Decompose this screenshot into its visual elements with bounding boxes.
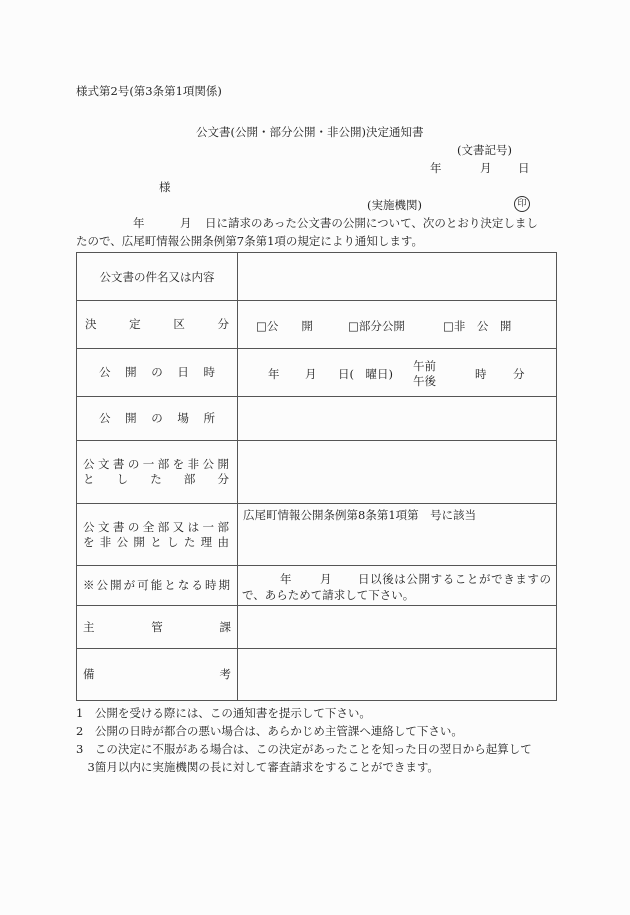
option-partial-checkbox[interactable]: □部分公開	[348, 318, 405, 334]
note-item: 2 公開の日時が都合の悪い場合は、あらかじめ主管課へ連絡して下さい。	[76, 722, 532, 740]
table-row-partial-nondisclosure: 公文書の一部を非公開 と し た 部 分	[77, 441, 557, 504]
document-number-label: (文書記号)	[457, 143, 512, 157]
month-label: 月	[480, 161, 492, 175]
seal-icon: 印	[514, 196, 530, 212]
row-label: 公文書の全部又は一部 を非公開とした理由	[77, 504, 238, 566]
form-number: 様式第2号(第3条第1項関係)	[76, 84, 222, 98]
row-label: 公開の場所	[77, 411, 237, 426]
row-label: 主管課	[77, 620, 237, 635]
decision-table: 公文書の件名又は内容 決定区分 □公 開 □部分公開 □非 公 開 公開の日時 …	[76, 252, 557, 701]
row-label: 公文書の一部を非公開 と し た 部 分	[77, 441, 238, 504]
row-label: 備考	[77, 667, 237, 682]
note-item: 3 この決定に不服がある場合は、この決定があったことを知った日の翌日から起算して	[76, 740, 532, 758]
row-label: 決定区分	[77, 317, 237, 332]
notes-list: 1 公開を受ける際には、この通知書を提示して下さい。 2 公開の日時が都合の悪い…	[76, 704, 532, 776]
table-row-datetime: 公開の日時 年 月 日( 曜日) 午前 午後 時 分	[77, 349, 557, 397]
pm-label: 午後	[413, 373, 436, 389]
year-label: 年	[430, 161, 442, 175]
table-row-decision: 決定区分 □公 開 □部分公開 □非 公 開	[77, 301, 557, 349]
table-row-reason: 公文書の全部又は一部 を非公開とした理由 広尾町情報公開条例第8条第1項第 号に…	[77, 504, 557, 566]
intro-year: 年	[133, 216, 145, 230]
row-label: 公文書の件名又は内容	[77, 269, 237, 285]
table-row-disclosure-period: ※公開が可能となる時期 年 月 日以後は公開することができますの で、あらためて…	[77, 566, 557, 606]
reason-field[interactable]: 広尾町情報公開条例第8条第1項第 号に該当	[238, 504, 557, 566]
note-item: 3箇月以内に実施機関の長に対して審査請求をすることができます。	[76, 758, 532, 776]
table-row-subject: 公文書の件名又は内容	[77, 253, 557, 301]
note-item: 1 公開を受ける際には、この通知書を提示して下さい。	[76, 704, 532, 722]
am-label: 午前	[413, 358, 436, 374]
addressee-suffix: 様	[159, 180, 171, 194]
option-nonpublic-checkbox[interactable]: □非 公 開	[443, 318, 511, 334]
intro-line-2: たので、広尾町情報公開条例第7条第1項の規定により通知します。	[76, 234, 423, 248]
agency-label: (実施機関)	[367, 198, 422, 212]
document-title: 公文書(公開・部分公開・非公開)決定通知書	[196, 125, 423, 139]
disclosure-period-field[interactable]: 年 月 日以後は公開することができますの で、あらためて請求して下さい。	[238, 566, 557, 606]
subject-field[interactable]	[238, 253, 557, 301]
table-row-remarks: 備考	[77, 649, 557, 701]
datetime-field[interactable]: 年 月 日( 曜日) 午前 午後 時 分	[238, 349, 557, 397]
partial-nondisclosure-field[interactable]	[238, 441, 557, 504]
day-label: 日	[518, 161, 530, 175]
remarks-field[interactable]	[238, 649, 557, 701]
intro-month: 月	[180, 216, 192, 230]
row-label: ※公開が可能となる時期	[77, 578, 237, 593]
decision-options: □公 開 □部分公開 □非 公 開	[238, 301, 557, 349]
option-public-checkbox[interactable]: □公 開	[256, 318, 313, 334]
place-field[interactable]	[238, 397, 557, 441]
table-row-department: 主管課	[77, 606, 557, 649]
row-label: 公開の日時	[77, 365, 237, 380]
intro-text: 日に請求のあった公文書の公開について、次のとおり決定しまし	[205, 216, 538, 230]
table-row-place: 公開の場所	[77, 397, 557, 441]
department-field[interactable]	[238, 606, 557, 649]
